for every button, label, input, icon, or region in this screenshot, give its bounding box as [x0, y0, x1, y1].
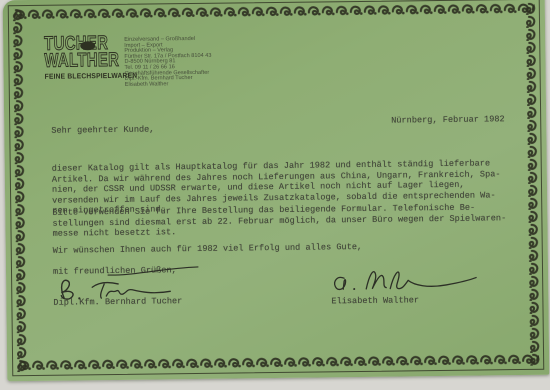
printed-name-tucher: Dipl.Kfm. Bernhard Tucher [53, 296, 182, 308]
paragraph-3: Wir wünschen Ihnen auch für 1982 viel Er… [53, 242, 363, 256]
info-line: Elisabeth Walther [125, 81, 235, 88]
signature-elisabeth-walther [324, 264, 494, 298]
ornamental-border-left [11, 8, 28, 372]
ornamental-border-bottom [17, 353, 539, 372]
letter-paper: TUCHER WALTHER FEINE BLECHSPIELWAREN Ein… [3, 0, 550, 381]
ornamental-border-right [524, 2, 541, 366]
salutation: Sehr geehrter Kunde, [51, 124, 154, 136]
scan-background: TUCHER WALTHER FEINE BLECHSPIELWAREN Ein… [0, 0, 550, 390]
ornamental-border-top [13, 2, 535, 21]
company-info-block: Einzelversand – Großhandel Import – Expo… [124, 36, 235, 88]
printed-name-walther: Elisabeth Walther [331, 295, 419, 307]
logo-word-walther: WALTHER [44, 51, 135, 69]
dateline: Nürnberg, Februar 1982 [391, 114, 505, 126]
paragraph-2: Bitte verwenden Sie für Ihre Bestellung … [52, 202, 506, 239]
